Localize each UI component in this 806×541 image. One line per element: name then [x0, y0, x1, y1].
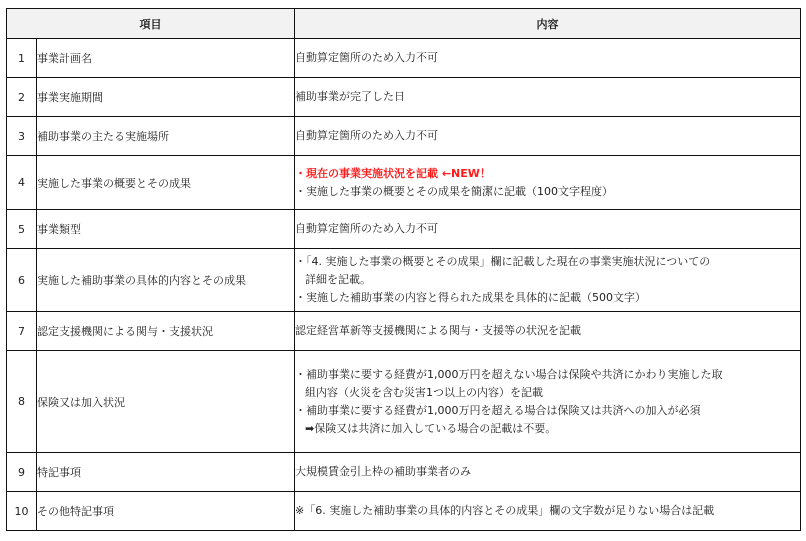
table-row: 8 保険又は加入状況 ・補助事業に要する経費が1,000万円を超えない場合は保険…	[7, 351, 801, 453]
row-item-label: 実施した補助事業の具体的内容とその成果	[37, 249, 295, 312]
row-content: 補助事業が完了した日	[295, 78, 801, 117]
content-line: 自動算定箇所のため入力不可	[295, 49, 800, 67]
table-row: 6 実施した補助事業の具体的内容とその成果 ・「4. 実施した事業の概要とその成…	[7, 249, 801, 312]
row-content: ・現在の事業実施状況を記載 ←NEW！・実施した事業の概要とその成果を簡潔に記載…	[295, 156, 801, 210]
row-item-label: 補助事業の主たる実施場所	[37, 117, 295, 156]
row-item-label: 保険又は加入状況	[37, 351, 295, 453]
row-number: 10	[7, 492, 37, 531]
table-row: 5 事業類型 自動算定箇所のため入力不可	[7, 210, 801, 249]
row-item-label: 事業実施期間	[37, 78, 295, 117]
content-line: ・「4. 実施した事業の概要とその成果」欄に記載した現在の事業実施状況についての	[295, 253, 800, 271]
row-number: 9	[7, 453, 37, 492]
header-content: 内容	[295, 9, 801, 39]
row-item-label: 事業計画名	[37, 39, 295, 78]
row-item-label: 特記事項	[37, 453, 295, 492]
content-line: 詳細を記載。	[295, 271, 800, 289]
row-content: 認定経営革新等支援機関による関与・支援等の状況を記載	[295, 312, 801, 351]
content-line: ➡保険又は共済に加入している場合の記載は不要。	[295, 420, 800, 438]
row-content: ※「6. 実施した補助事業の具体的内容とその成果」欄の文字数が足りない場合は記載	[295, 492, 801, 531]
row-content: 大規模賃金引上枠の補助事業者のみ	[295, 453, 801, 492]
table-row: 2 事業実施期間 補助事業が完了した日	[7, 78, 801, 117]
table-row: 1 事業計画名 自動算定箇所のため入力不可	[7, 39, 801, 78]
content-line: 補助事業が完了した日	[295, 88, 800, 106]
header-item: 項目	[7, 9, 295, 39]
table-header-row: 項目 内容	[7, 9, 801, 39]
row-number: 4	[7, 156, 37, 210]
content-line-highlight: ・現在の事業実施状況を記載 ←NEW！	[295, 165, 800, 183]
content-line: ※「6. 実施した補助事業の具体的内容とその成果」欄の文字数が足りない場合は記載	[295, 502, 800, 520]
content-line: ・補助事業に要する経費が1,000万円を超えない場合は保険や共済にかわり実施した…	[295, 366, 800, 384]
content-line: 大規模賃金引上枠の補助事業者のみ	[295, 463, 800, 481]
row-number: 7	[7, 312, 37, 351]
row-content: 自動算定箇所のため入力不可	[295, 39, 801, 78]
row-number: 8	[7, 351, 37, 453]
table-body: 1 事業計画名 自動算定箇所のため入力不可 2 事業実施期間 補助事業が完了した…	[7, 39, 801, 531]
table-row: 9 特記事項 大規模賃金引上枠の補助事業者のみ	[7, 453, 801, 492]
table-row: 4 実施した事業の概要とその成果 ・現在の事業実施状況を記載 ←NEW！・実施し…	[7, 156, 801, 210]
table-row: 7 認定支援機関による関与・支援状況 認定経営革新等支援機関による関与・支援等の…	[7, 312, 801, 351]
row-number: 6	[7, 249, 37, 312]
table-row: 10 その他特記事項 ※「6. 実施した補助事業の具体的内容とその成果」欄の文字…	[7, 492, 801, 531]
content-line: ・補助事業に要する経費が1,000万円を超える場合は保険又は共済への加入が必須	[295, 402, 800, 420]
row-item-label: その他特記事項	[37, 492, 295, 531]
row-item-label: 実施した事業の概要とその成果	[37, 156, 295, 210]
content-line: ・実施した補助事業の内容と得られた成果を具体的に記載（500文字）	[295, 289, 800, 307]
report-items-table: 項目 内容 1 事業計画名 自動算定箇所のため入力不可 2 事業実施期間 補助事…	[6, 8, 801, 531]
content-line: 自動算定箇所のため入力不可	[295, 220, 800, 238]
row-item-label: 認定支援機関による関与・支援状況	[37, 312, 295, 351]
row-content: 自動算定箇所のため入力不可	[295, 117, 801, 156]
row-item-label: 事業類型	[37, 210, 295, 249]
content-line: 組内容（火災を含む災害1つ以上の内容）を記載	[295, 384, 800, 402]
row-content: 自動算定箇所のため入力不可	[295, 210, 801, 249]
content-line: 自動算定箇所のため入力不可	[295, 127, 800, 145]
row-content: ・補助事業に要する経費が1,000万円を超えない場合は保険や共済にかわり実施した…	[295, 351, 801, 453]
content-line: 認定経営革新等支援機関による関与・支援等の状況を記載	[295, 322, 800, 340]
row-number: 1	[7, 39, 37, 78]
content-line: ・実施した事業の概要とその成果を簡潔に記載（100文字程度）	[295, 183, 800, 201]
row-number: 3	[7, 117, 37, 156]
row-number: 5	[7, 210, 37, 249]
table-row: 3 補助事業の主たる実施場所 自動算定箇所のため入力不可	[7, 117, 801, 156]
row-content: ・「4. 実施した事業の概要とその成果」欄に記載した現在の事業実施状況についての…	[295, 249, 801, 312]
row-number: 2	[7, 78, 37, 117]
